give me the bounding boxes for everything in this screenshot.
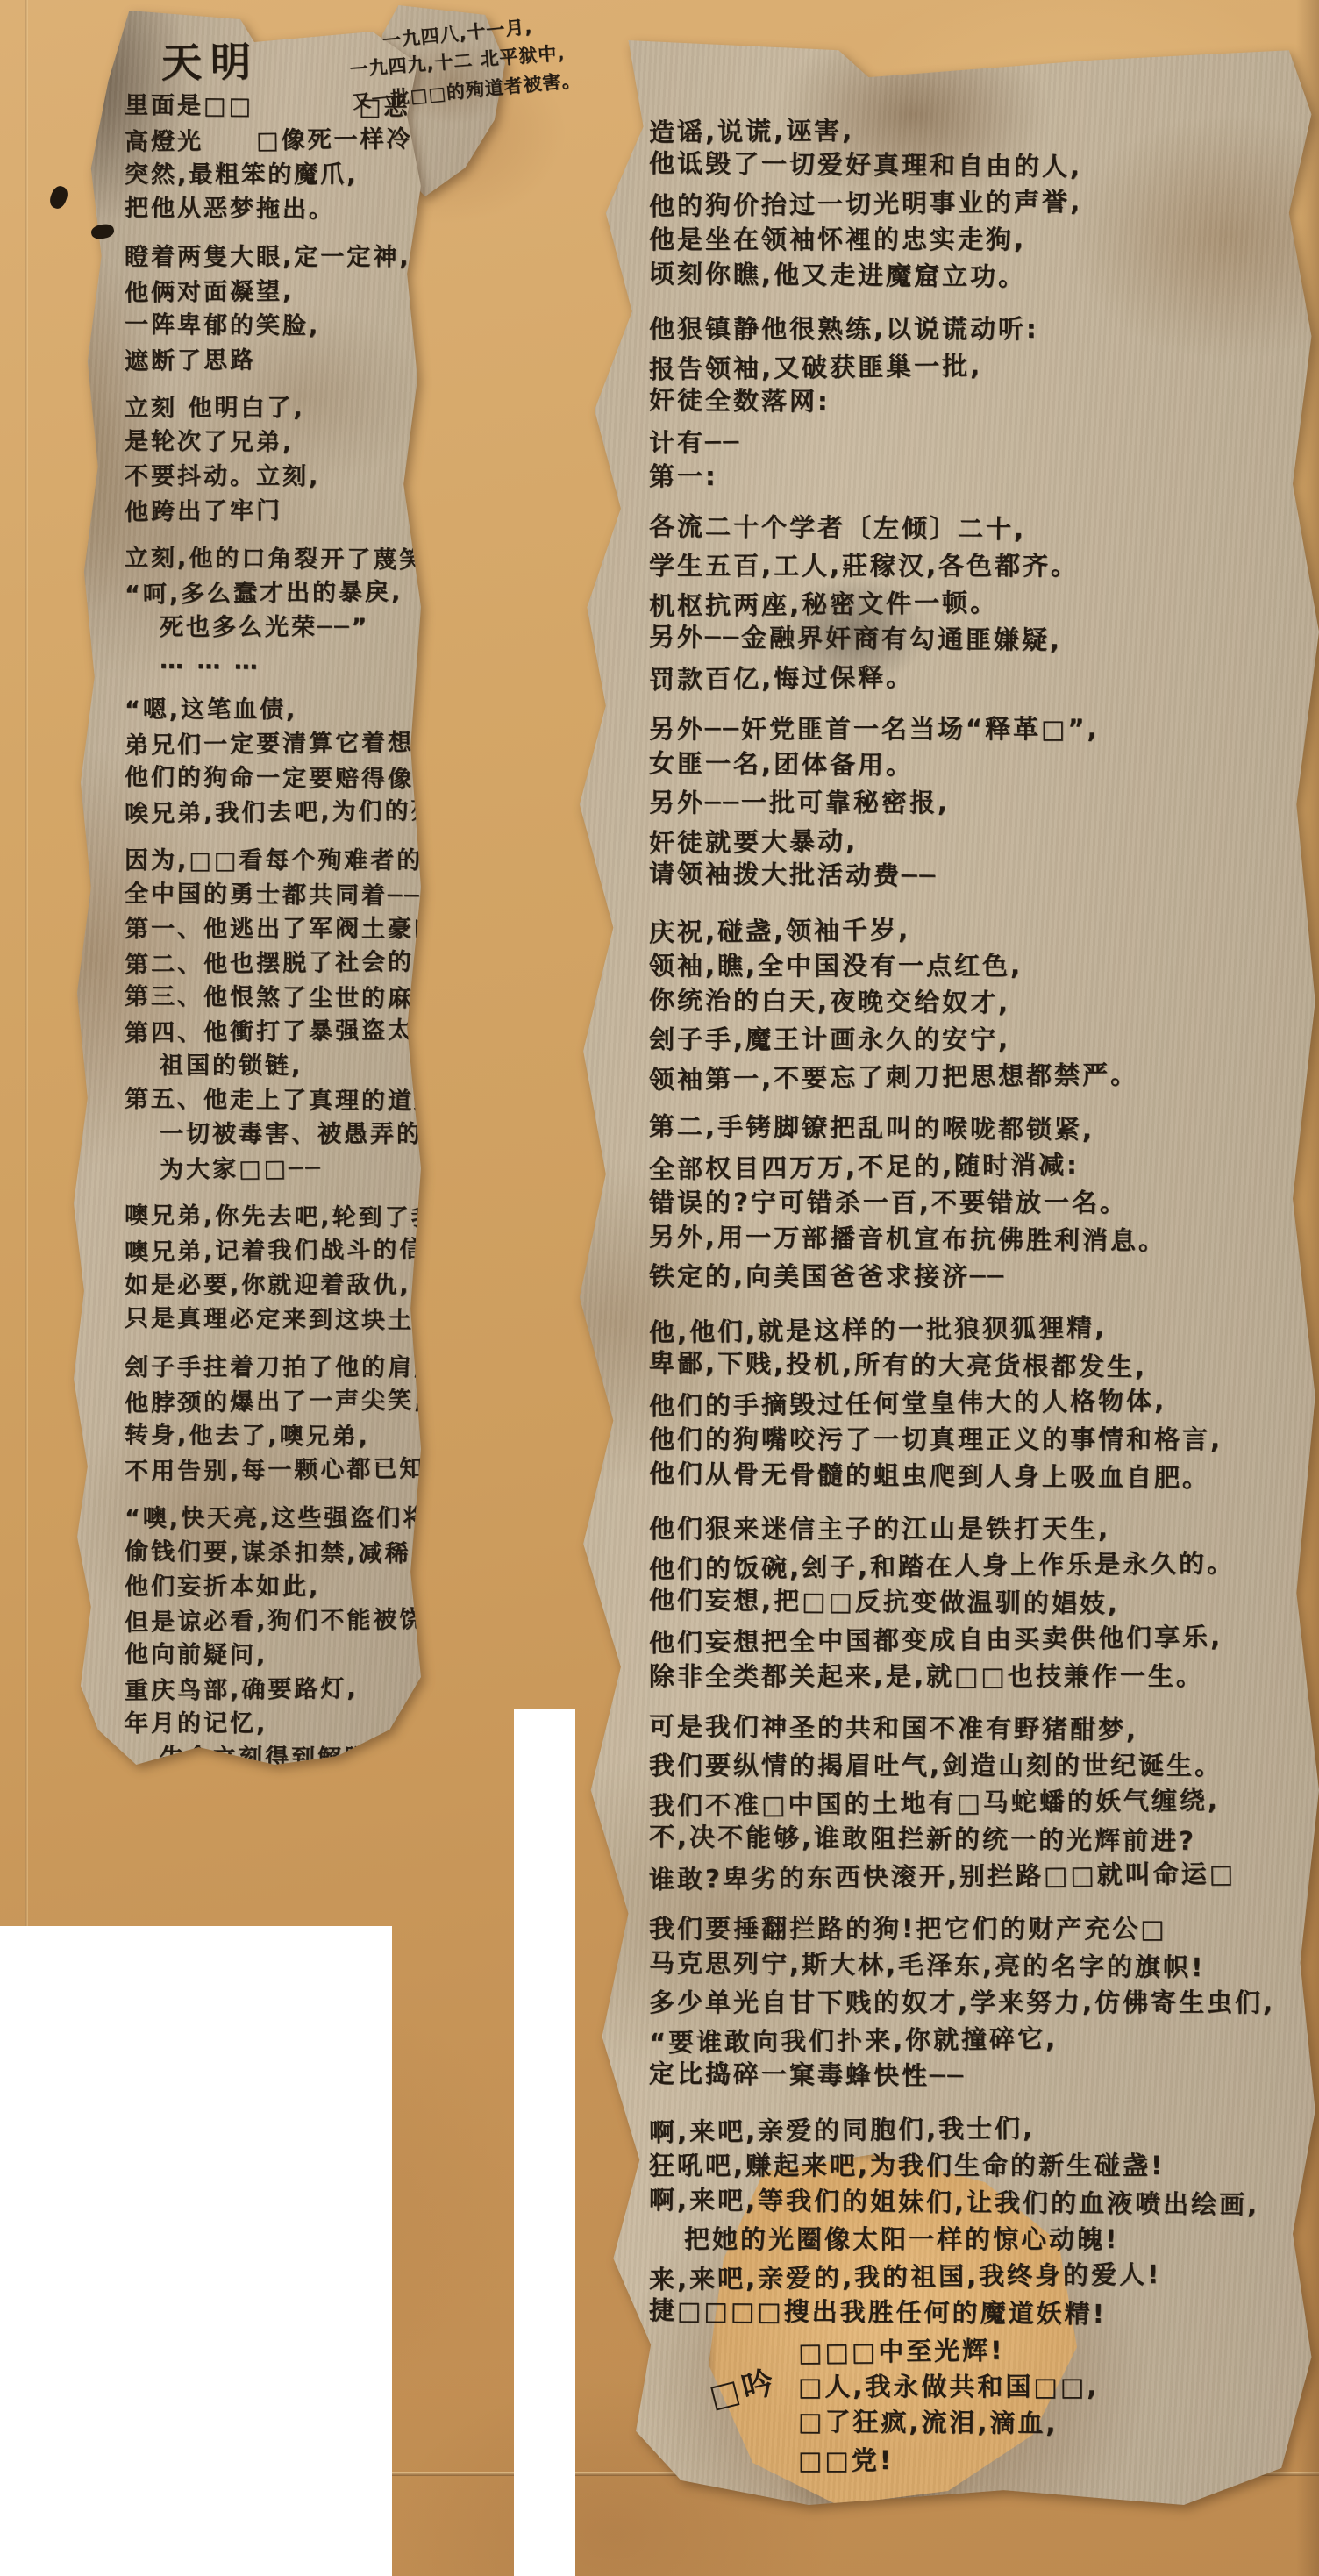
manuscript-line: 多少单光自甘下贱的奴才,学来努力,仿佛寄生虫们, [649,1984,1312,2021]
manuscript-line: 他的狗价抬过一切光明事业的声誉, [649,181,1312,225]
manuscript-line: 马克思列宁,斯大林,毛泽东,亮的名字的旗帜! [649,1944,1312,1987]
manuscript-line: 来,来吧,亲爱的,我的祖国,我终身的爱人! [649,2254,1312,2298]
manuscript-line: 女匪一名,团体备用。 [649,745,1312,787]
manuscript-line: 因为,□□看每个殉难者的家状, [125,844,416,878]
manuscript-line: 全中国的勇士都共同着── [125,877,416,914]
manuscript-line: 第一、他逃出了军阀土豪的劫夺, [125,912,416,946]
manuscript-line: 另外──奸党匪首一名当场“释革□”, [649,710,1312,747]
manuscript-line: 不,决不能够,谁敢阻拦新的统一的光辉前进? [649,1818,1312,1860]
manuscript-line: 铁定的,向美国爸爸求接济── [649,1258,1312,1295]
manuscript-line: □人,我永做共和国□□, [798,2368,1312,2405]
manuscript-line: 一阵卑郁的笑脸, [125,308,416,345]
manuscript-line: 我们要捶翻拦路的狗!把它们的财产充公□ [649,1910,1312,1947]
manuscript-line: 瞪着两隻大眼,定一定神, [125,240,416,275]
manuscript-line: 另外,用一万部播音机宣布抗佛胜利消息。 [649,1218,1312,1260]
manuscript-line: 全部权目四万万,不足的,随时消减: [649,1144,1312,1188]
left-page-fragment: 天明里面是□□ □恶孔,高燈光 □像死一样冷酷,突然,最粗笨的魔爪,把他从恶梦拖… [74,11,421,1765]
manuscript-line: 他跨出了牢门 [125,492,416,529]
manuscript-line: 第五、他走上了真理的道路, [125,1082,416,1119]
manuscript-line: 他们狠来迷信主子的江山是铁打天生, [649,1510,1312,1547]
manuscript-line: 一切被毒害、被愚弄的良心接劝反抗 [160,1117,416,1152]
manuscript-line: □□□中至光辉! [798,2329,1312,2371]
manuscript-line: 第四、他衝打了暴强盗太监 [125,1013,416,1050]
manuscript-line: 捷□□□□搜出我胜任何的魔道妖精! [649,2292,1312,2334]
manuscript-line: 领袖第一,不要忘了刺刀把思想都禁严。 [649,1054,1312,1098]
manuscript-line: 啊,来吧,等我们的姐妹们,让我们的血液喷出绘画, [649,2181,1312,2223]
manuscript-line: 把她的光圈像太阳一样的惊心动魄! [684,2221,1312,2258]
manuscript-line: “要谁敢向我们扑来,你就撞碎它, [649,2017,1312,2061]
manuscript-line: 只是真理必定来到这块土地。 [125,1302,416,1338]
manuscript-line: 他狠镇静他很熟练,以说谎动听: [649,310,1312,347]
manuscript-line: 狂吼吧,赚起来吧,为我们生命的新生碰盏! [649,2147,1312,2184]
manuscript-line: 奸徒全数落网: [649,382,1312,424]
scanned-manuscript-page: 天明里面是□□ □恶孔,高燈光 □像死一样冷酷,突然,最粗笨的魔爪,把他从恶梦拖… [0,0,1319,2576]
manuscript-line: … … … [160,644,416,680]
left-text-column: 天明里面是□□ □恶孔,高燈光 □像死一样冷酷,突然,最粗笨的魔爪,把他从恶梦拖… [74,11,421,1765]
manuscript-line: 他脖颈的爆出了一声尖笑, [125,1383,416,1420]
manuscript-line: □了狂疯,流泪,滴血, [798,2403,1312,2444]
manuscript-line: “嗯,这笔血债, [125,693,416,727]
manuscript-line: 噢兄弟,记着我们战斗的信条, [125,1232,416,1269]
manuscript-line: 他们从骨无骨髓的蛆虫爬到人身上吸血自肥。 [649,1455,1312,1497]
manuscript-line: 死也多么光荣──” [160,610,416,645]
manuscript-line: 啊,来吧,亲爱的同胞们,我士们, [649,2107,1312,2151]
manuscript-line: 但是谅必看,狗们不能被饶恕, [125,1602,416,1639]
manuscript-line: 另外──金融界奸商有勾通匪嫌疑, [649,618,1312,660]
right-text-column: 造谣,说谎,诬害,他诋毁了一切爱好真理和自由的人,他的狗价抬过一切光明事业的声誉… [568,40,1319,2479]
manuscript-line: 机枢抗两座,秘密文件一顿。 [649,581,1312,624]
manuscript-line: 造谣,说谎,诬害, [649,107,1312,151]
manuscript-line: 庆祝,碰盏,领袖千岁, [649,907,1312,951]
manuscript-line: 立刻 他明白了, [125,391,416,425]
manuscript-line: 除非全类都关起来,是,就□□也技兼作一生。 [649,1658,1312,1695]
left-page-paper: 天明里面是□□ □恶孔,高燈光 □像死一样冷酷,突然,最粗笨的魔爪,把他从恶梦拖… [74,11,421,1765]
manuscript-line: 领袖,瞧,全中国没有一点红色, [649,947,1312,984]
manuscript-line: 转身,他去了,噢兄弟, [125,1418,416,1455]
manuscript-line: 他们妄想,把□□反抗变做温驯的娼妓, [649,1581,1312,1623]
manuscript-line: 第三、他恨煞了尘世的麻痹, [125,980,416,1017]
manuscript-line: 生命立刻得到解脱。── [160,1740,416,1765]
manuscript-line: 报告领袖,又破获匪巢一批, [649,344,1312,388]
manuscript-line: 我们要纵情的揭眉吐气,剑造山刻的世纪诞生。 [649,1747,1312,1784]
manuscript-line: 他是坐在领袖怀裡的忠实走狗, [649,221,1312,258]
manuscript-line: 祖国的锁链, [160,1049,416,1083]
manuscript-line: 刽子手拄着刀拍了他的肩膀, [125,1351,416,1385]
scan-void-strip [514,1709,575,2576]
manuscript-line: 遮断了思路 [125,341,416,378]
manuscript-line: 他们妄折本如此, [125,1570,416,1604]
manuscript-line: 我们不准□中国的土地有□马蛇蟠的妖气缠绕, [649,1780,1312,1824]
manuscript-line: 不用告别,每一颗心都已知道。 [125,1452,416,1488]
manuscript-line: 把他从恶梦拖出。 [125,191,416,228]
manuscript-line: 你统治的白天,夜晚交给奴才, [649,981,1312,1024]
manuscript-line: 如是必要,你就迎着敌仇, [125,1268,416,1302]
right-page-paper: 造谣,说谎,诬害,他诋毁了一切爱好真理和自由的人,他的狗价抬过一切光明事业的声誉… [568,40,1319,2505]
scan-void-bottom-left [0,1926,392,2576]
manuscript-line: 他向前疑问, [125,1638,416,1674]
manuscript-line: 计有── [649,417,1312,461]
manuscript-line: 唉兄弟,我们去吧,为们的死也□□ [125,794,416,831]
manuscript-line: 他诋毁了一切爱好真理和自由的人, [649,145,1312,187]
manuscript-line: 弟兄们一定要清算它着想, [125,725,416,762]
manuscript-line: 他们妄想把全中国都变成自由买卖供他们享乐, [649,1617,1312,1661]
manuscript-line: 各流二十个学者〔左倾〕二十, [649,508,1312,550]
manuscript-line: 他俩对面凝望, [125,273,416,310]
manuscript-line: 另外──一批可靠秘密报, [649,784,1312,821]
manuscript-line: 顷刻你瞧,他又走进魔窟立功。 [649,255,1312,297]
manuscript-line: 年月的记忆, [125,1707,416,1741]
manuscript-line: “呵,多么蠢才出的暴戾, [125,574,416,611]
manuscript-line: 第一: [649,458,1312,495]
manuscript-line: 错误的?宁可错杀一百,不要错放一名。 [649,1184,1312,1221]
manuscript-line: 噢兄弟,你先去吧,轮到了我们, [125,1199,416,1236]
manuscript-line: 第二,手铐脚镣把乱叫的喉咙都锁紧, [649,1108,1312,1150]
manuscript-line: 刽子手,魔王计画永久的安宁, [649,1021,1312,1058]
manuscript-line: 他,他们,就是这样的一批狼狈狐狸精, [649,1307,1312,1351]
manuscript-line: 他们的手摘毁过任何堂皇伟大的人格物体, [649,1381,1312,1424]
manuscript-line: 请领袖拨大批活动费── [649,855,1312,897]
right-page-fragment: 造谣,说谎,诬害,他诋毁了一切爱好真理和自由的人,他的狗价抬过一切光明事业的声誉… [568,40,1319,2505]
manuscript-line: 不要抖动。立刻, [125,460,416,494]
manuscript-line: 第二、他也摆脱了社会的豪华诱骗, [125,945,416,981]
manuscript-line: “噢,快天亮,这些强盗们将被清算, [125,1502,416,1536]
manuscript-line: 他们的饭碗,刽子,和踏在人身上作乐是永久的。 [649,1544,1312,1588]
manuscript-line: 谁敢?卑劣的东西快滚开,别拦路□□就叫命运□ [649,1854,1312,1898]
manuscript-line: 定比捣碎一窠毒蜂快性── [649,2055,1312,2097]
manuscript-line: 高燈光 □像死一样冷酷, [125,122,416,159]
manuscript-line: 偷钱们要,谋杀扣禁,减稀, [125,1535,416,1572]
manuscript-line: 卑鄙,下贱,投机,所有的大亮货根都发生, [649,1345,1312,1387]
manuscript-line: 奸徒就要大暴动, [649,817,1312,861]
manuscript-line: 他们的狗嘴咬污了一切真理正义的事情和格言, [649,1421,1312,1458]
manuscript-line: 为大家□□── [160,1150,416,1187]
manuscript-line: 罚款百亿,悔过保释。 [649,654,1312,698]
manuscript-line: 是轮次了兄弟, [125,425,416,461]
manuscript-line: 立刻,他的口角裂开了蔑笑: [125,541,416,578]
manuscript-line: 重庆鸟部,确要路灯, [125,1671,416,1708]
manuscript-line: 突然,最粗笨的魔爪, [125,158,416,192]
manuscript-line: 学生五百,工人,莊稼汉,各色都齐。 [649,547,1312,584]
manuscript-line: 他们的狗命一定要赔得像山, [125,760,416,797]
manuscript-line: □□党! [798,2442,1312,2479]
manuscript-line: 可是我们神圣的共和国不准有野猪酣梦, [649,1708,1312,1750]
